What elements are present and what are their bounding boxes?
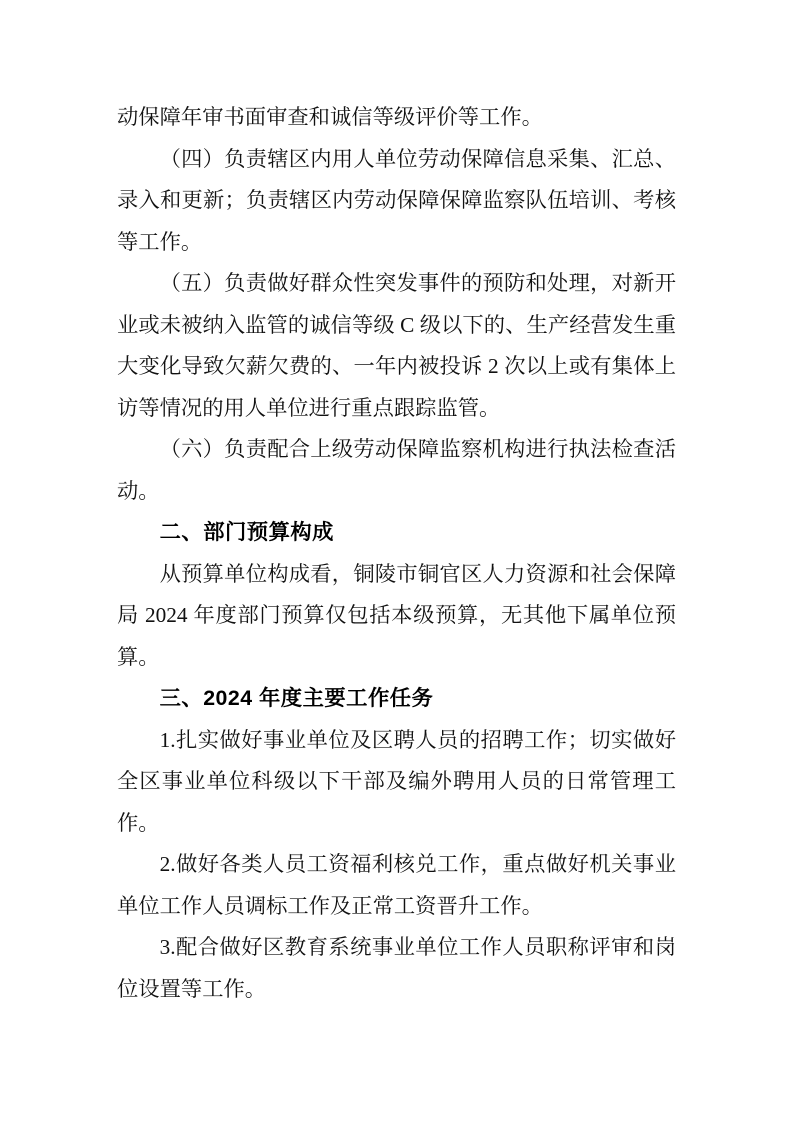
paragraph: （六）负责配合上级劳动保障监察机构进行执法检查活动。 [117, 429, 676, 512]
paragraph: 2.做好各类人员工资福利核兑工作，重点做好机关事业单位工作人员调标工作及正常工资… [117, 844, 676, 927]
text-line: 位设置等工作。 [117, 969, 676, 1011]
text-line: 动保障年审书面审查和诚信等级评价等工作。 [117, 97, 676, 139]
text-line: 算。 [117, 637, 676, 679]
paragraph: （五）负责做好群众性突发事件的预防和处理，对新开业或未被纳入监管的诚信等级 C … [117, 263, 676, 429]
text-line: 动。 [117, 471, 676, 513]
paragraph: 3.配合做好区教育系统事业单位工作人员职称评审和岗位设置等工作。 [117, 927, 676, 1010]
text-line: （六）负责配合上级劳动保障监察机构进行执法检查活 [117, 429, 676, 471]
text-line: 单位工作人员调标工作及正常工资晋升工作。 [117, 886, 676, 928]
text-line: 访等情况的用人单位进行重点跟踪监管。 [117, 388, 676, 430]
text-line: 大变化导致欠薪欠费的、一年内被投诉 2 次以上或有集体上 [117, 346, 676, 388]
text-line: 录入和更新；负责辖区内劳动保障保障监察队伍培训、考核 [117, 180, 676, 222]
heading-text-line: 三、2024 年度主要工作任务 [117, 678, 676, 720]
text-line: 1.扎实做好事业单位及区聘人员的招聘工作；切实做好 [117, 720, 676, 762]
text-line: 全区事业单位科级以下干部及编外聘用人员的日常管理工 [117, 761, 676, 803]
text-line: 作。 [117, 803, 676, 845]
text-line: （四）负责辖区内用人单位劳动保障信息采集、汇总、 [117, 139, 676, 181]
text-line: （五）负责做好群众性突发事件的预防和处理，对新开 [117, 263, 676, 305]
text-line: 2.做好各类人员工资福利核兑工作，重点做好机关事业 [117, 844, 676, 886]
section-heading: 二、部门预算构成 [117, 512, 676, 554]
document-page: 动保障年审书面审查和诚信等级评价等工作。（四）负责辖区内用人单位劳动保障信息采集… [0, 0, 793, 1122]
text-line: 3.配合做好区教育系统事业单位工作人员职称评审和岗 [117, 927, 676, 969]
section-heading: 三、2024 年度主要工作任务 [117, 678, 676, 720]
paragraph: 从预算单位构成看，铜陵市铜官区人力资源和社会保障局 2024 年度部门预算仅包括… [117, 554, 676, 679]
document-content: 动保障年审书面审查和诚信等级评价等工作。（四）负责辖区内用人单位劳动保障信息采集… [117, 97, 676, 1010]
text-line: 业或未被纳入监管的诚信等级 C 级以下的、生产经营发生重 [117, 305, 676, 347]
text-line: 从预算单位构成看，铜陵市铜官区人力资源和社会保障 [117, 554, 676, 596]
text-line: 等工作。 [117, 222, 676, 264]
text-line: 局 2024 年度部门预算仅包括本级预算，无其他下属单位预 [117, 595, 676, 637]
paragraph: 1.扎实做好事业单位及区聘人员的招聘工作；切实做好全区事业单位科级以下干部及编外… [117, 720, 676, 845]
paragraph: （四）负责辖区内用人单位劳动保障信息采集、汇总、录入和更新；负责辖区内劳动保障保… [117, 139, 676, 264]
heading-text-line: 二、部门预算构成 [117, 512, 676, 554]
paragraph: 动保障年审书面审查和诚信等级评价等工作。 [117, 97, 676, 139]
